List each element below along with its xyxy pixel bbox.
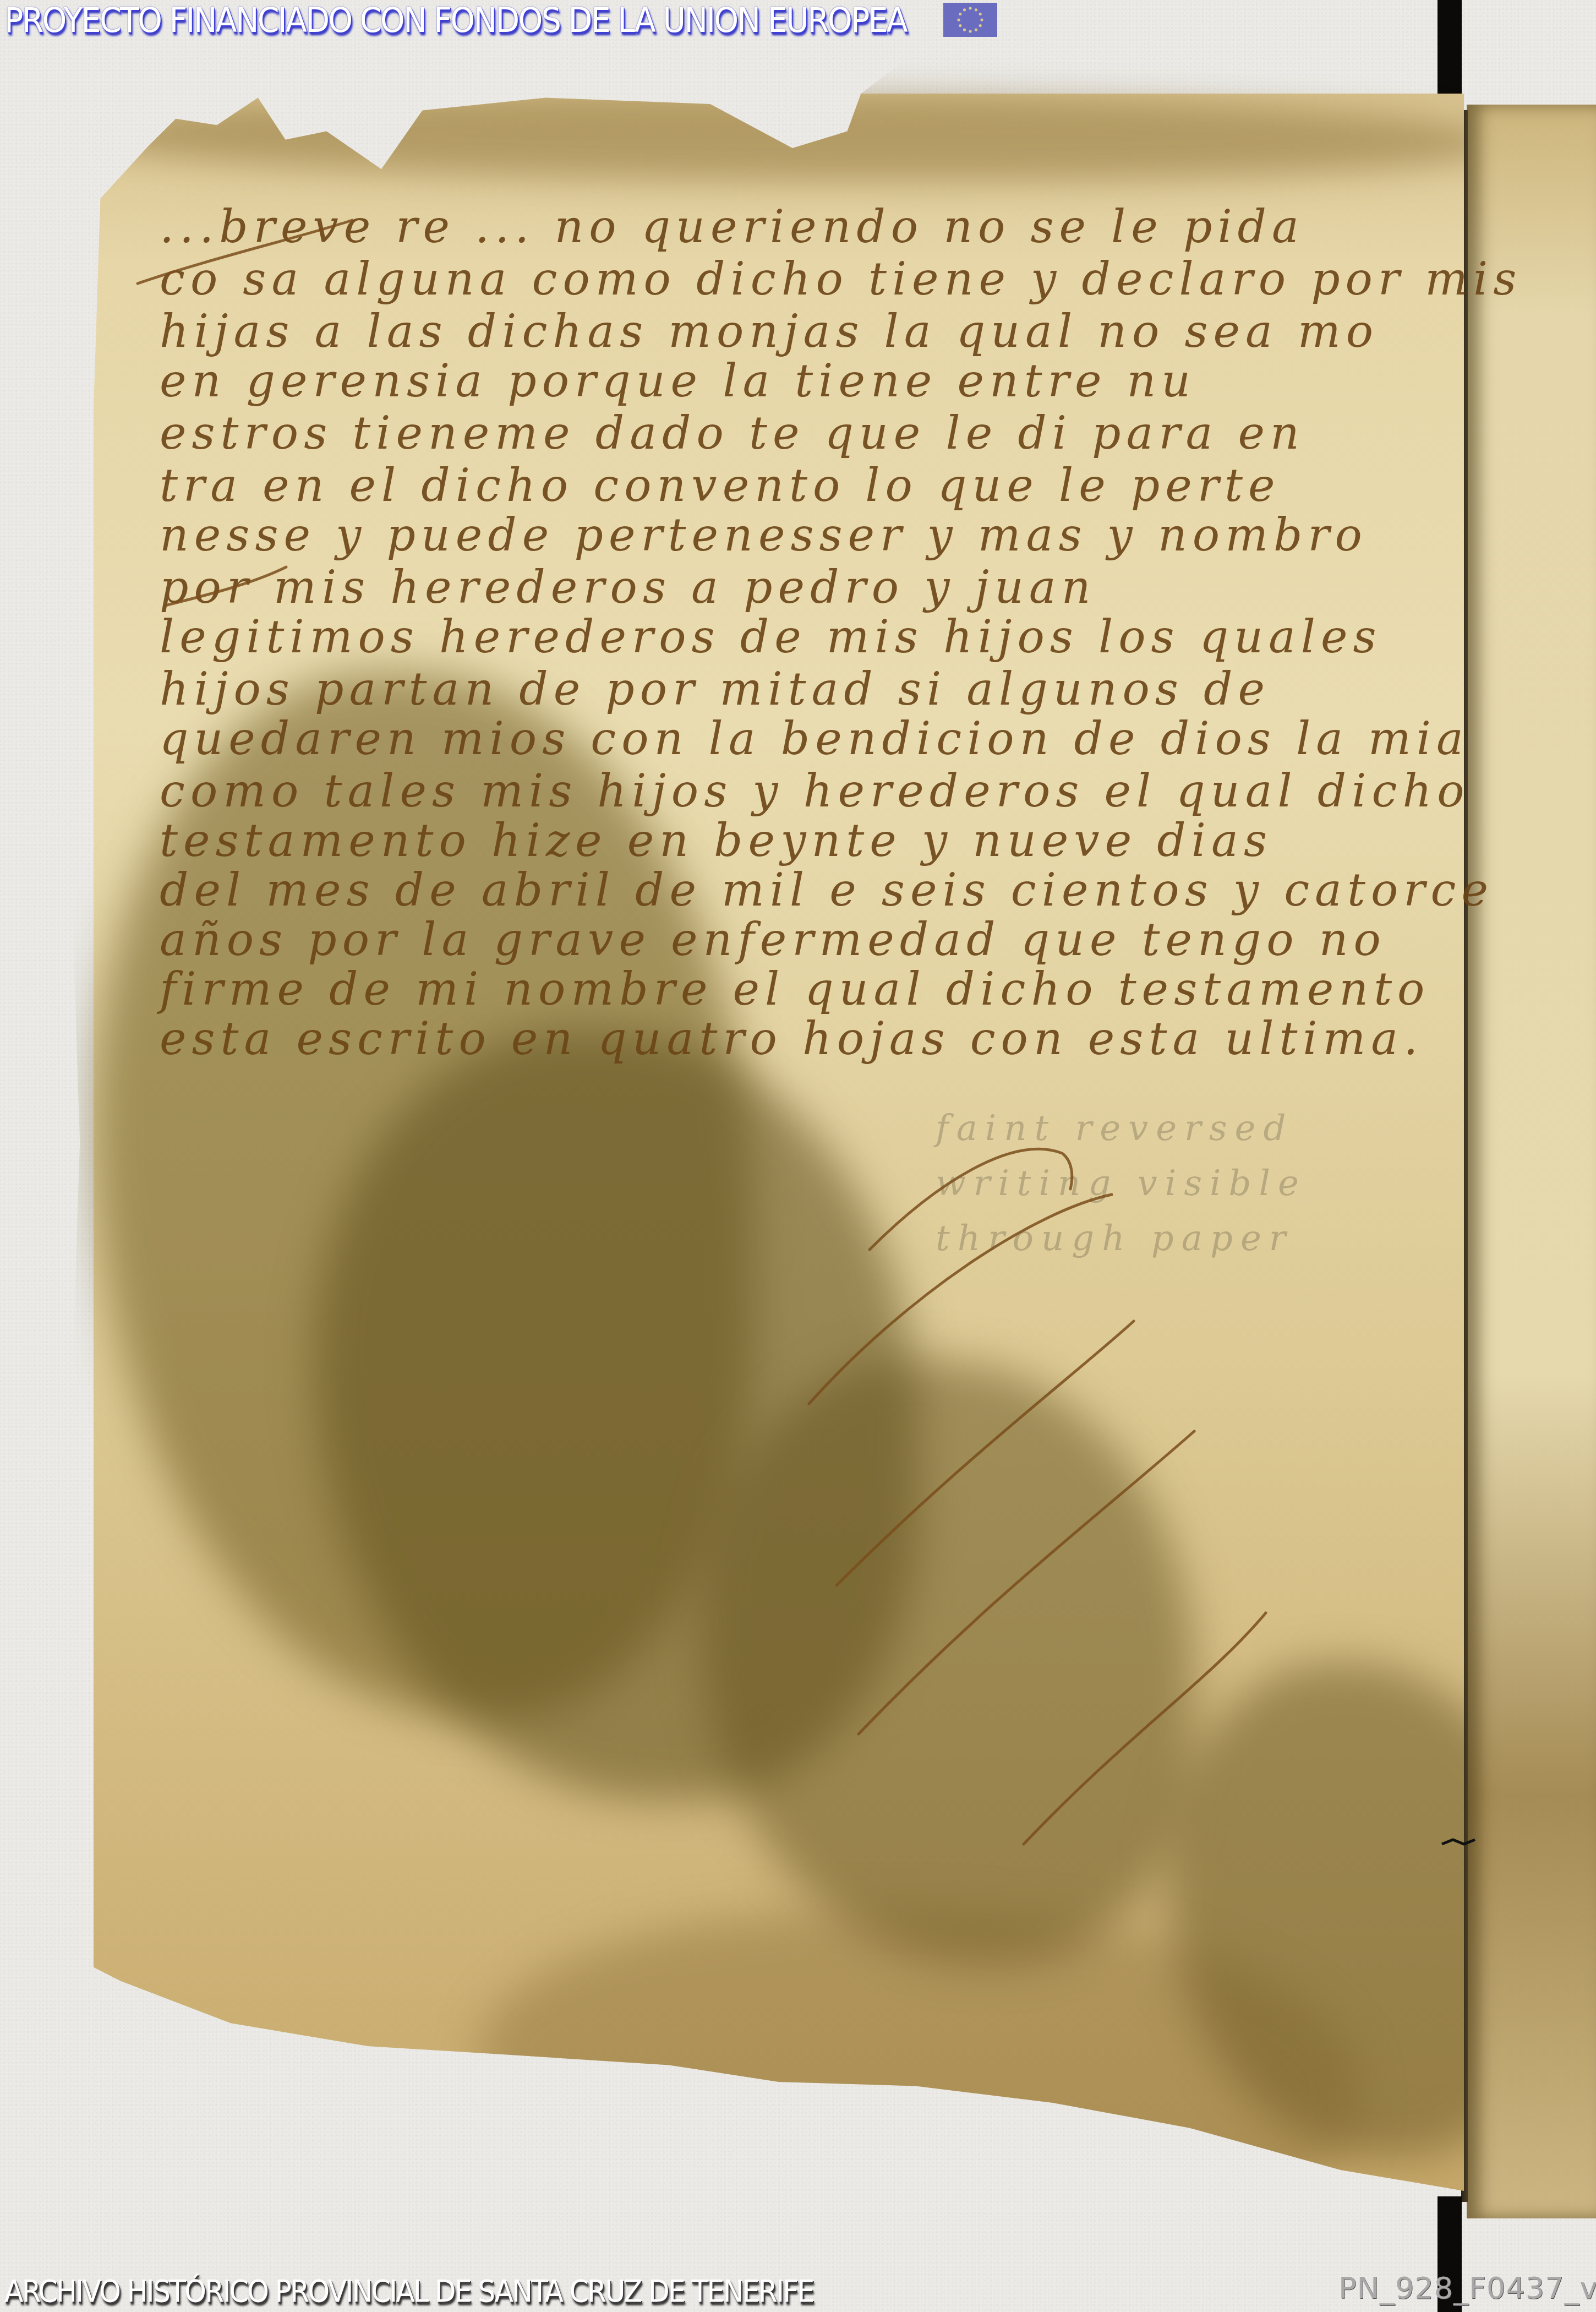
manuscript-line: estros tieneme dado te que le di para en xyxy=(160,407,1305,460)
manuscript-line: co sa alguna como dicho tiene y declaro … xyxy=(160,253,1522,306)
manuscript-line: nesse y puede pertenesser y mas y nombro xyxy=(160,509,1368,561)
manuscript-line: como tales mis hijos y herederos el qual… xyxy=(160,765,1470,817)
image-reference: PN_928_F0437_v xyxy=(1338,2271,1596,2305)
funding-banner-text: PROYECTO FINANCIADO CON FONDOS DE LA UNI… xyxy=(4,1,906,40)
bleed-through-writing: faint reversed writing visible through p… xyxy=(936,1101,1431,1266)
manuscript-line: hijas a las dichas monjas la qual no sea… xyxy=(160,306,1379,358)
archive-name: ARCHIVO HISTÓRICO PROVINCIAL DE SANTA CR… xyxy=(4,2273,813,2309)
manuscript-line: ...breve re ... no queriendo no se le pi… xyxy=(160,201,1304,253)
facing-page-right xyxy=(1467,105,1596,2218)
manuscript-line: esta escrito en quatro hojas con esta ul… xyxy=(160,1013,1423,1065)
manuscript-line: años por la grave enfermedad que tengo n… xyxy=(160,914,1386,966)
manuscript-line: tra en el dicho convento lo que le perte xyxy=(160,460,1280,512)
manuscript-line: del mes de abril de mil e seis cientos y… xyxy=(160,864,1494,917)
manuscript-line: en gerensia porque la tiene entre nu xyxy=(160,355,1196,407)
eu-flag-icon xyxy=(943,3,997,37)
water-stain xyxy=(699,1360,1194,1965)
manuscript-line: por mis herederos a pedro y juan xyxy=(160,561,1096,614)
manuscript-line: quedaren mios con la bendicion de dios l… xyxy=(160,713,1469,765)
manuscript-line: legitimos herederos de mis hijos los qua… xyxy=(160,611,1382,663)
manuscript-line: firme de mi nombre el qual dicho testame… xyxy=(160,963,1430,1016)
funding-banner: PROYECTO FINANCIADO CON FONDOS DE LA UNI… xyxy=(4,1,985,40)
manuscript-line: testamento hize en beynte y nueve dias xyxy=(160,815,1272,867)
manuscript-line: hijos partan de por mitad si algunos de xyxy=(160,663,1270,716)
